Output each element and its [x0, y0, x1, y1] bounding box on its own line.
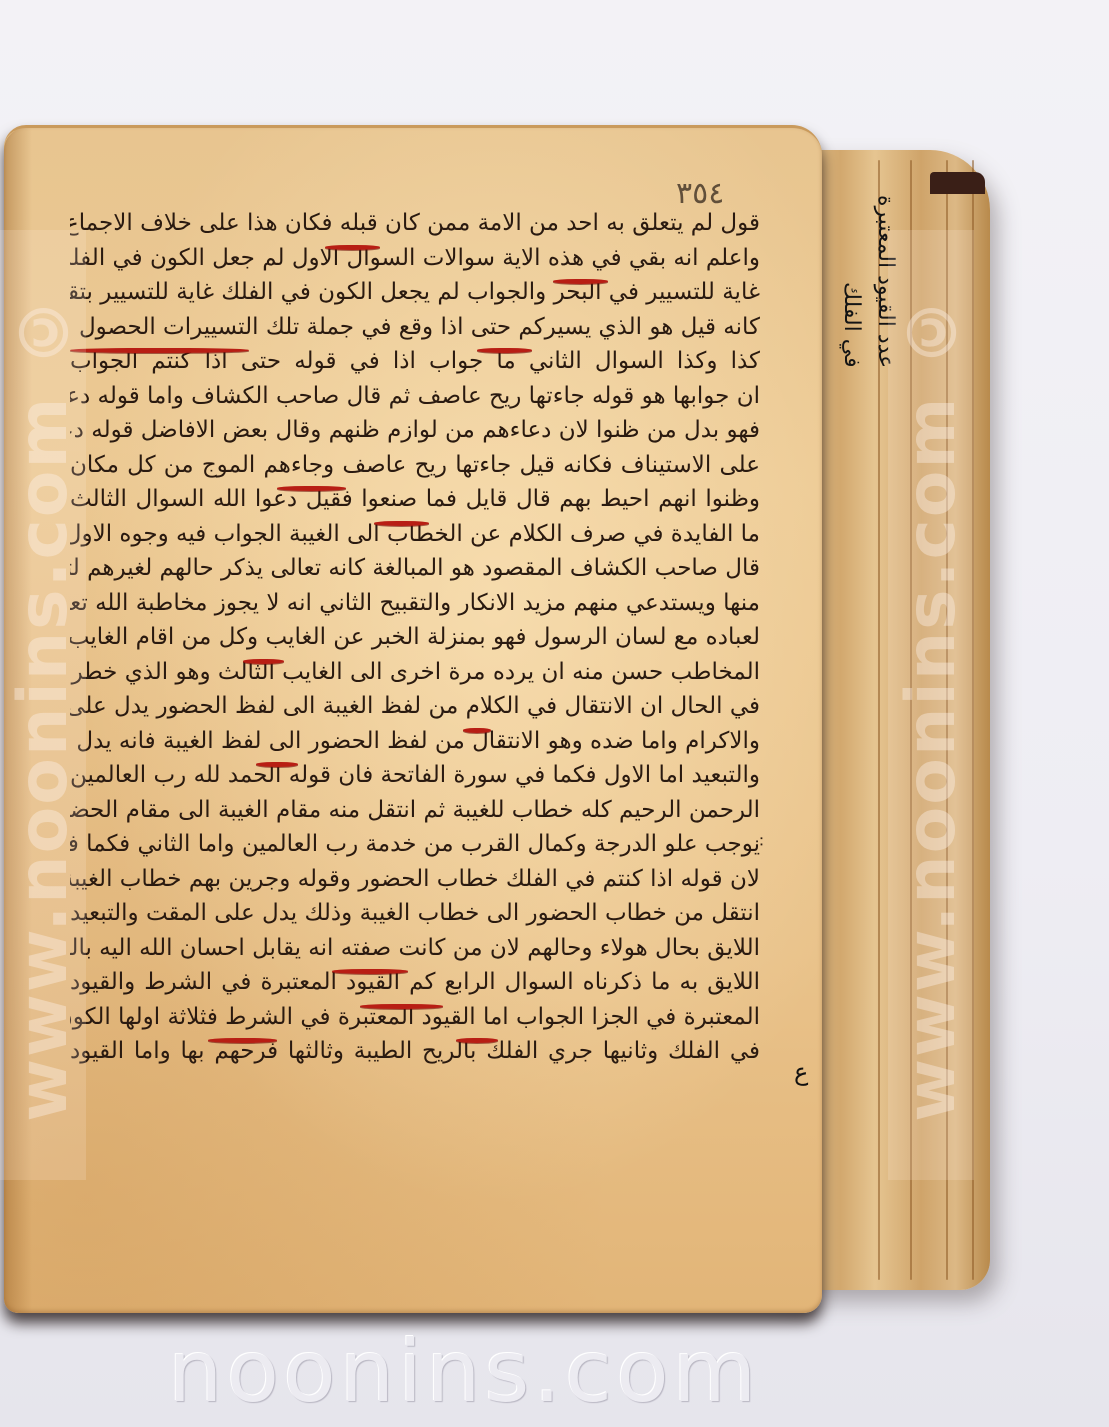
- watermark-side-left-text: www.noonins.com ©: [4, 289, 83, 1122]
- watermark-side-right: www.noonins.com ©: [888, 230, 974, 1180]
- manuscript-line: والتبعيد اما الاول فكما في سورة الفاتحة …: [70, 758, 760, 793]
- manuscript-line: اللايق بحال هولاء وحالهم لان من كانت صفت…: [70, 931, 760, 966]
- rubric-overline: [256, 762, 297, 767]
- rubric-overline: [243, 659, 284, 664]
- watermark-side-right-text: www.noonins.com ©: [892, 289, 971, 1122]
- rubric-overline: [360, 1004, 443, 1009]
- rubric-overline: [277, 486, 346, 491]
- rubric-overline: [477, 348, 532, 353]
- manuscript-line: كانه قيل هو الذي يسيركم حتى اذا وقع في ج…: [70, 310, 760, 345]
- manuscript-line: يوجب علو الدرجة وكمال القرب من خدمة رب ا…: [70, 827, 760, 862]
- manuscript-page: ٣٥٤ قول لم يتعلق به احد من الامة ممن كان…: [4, 125, 822, 1313]
- manuscript-line: في الفلك وثانيها جري الفلك بالريح الطيبة…: [70, 1034, 760, 1069]
- rubric-overline: [456, 1038, 497, 1043]
- manuscript-line: ان جوابها هو قوله جاءتها ريح عاصف ثم قال…: [70, 379, 760, 414]
- manuscript-line: قال صاحب الكشاف المقصود هو المبالغة كانه…: [70, 551, 760, 586]
- rubric-overline: [325, 245, 380, 250]
- manuscript-line: لعباده مع لسان الرسول فهو بمنزلة الخبر ع…: [70, 620, 760, 655]
- manuscript-line: منها ويستدعي منهم مزيد الانكار والتقبيح …: [70, 586, 760, 621]
- watermark-side-left: www.noonins.com ©: [0, 230, 86, 1180]
- margin-dots: ⁖: [754, 832, 765, 853]
- manuscript-line: المخاطب حسن منه ان يرده مرة اخرى الى الغ…: [70, 655, 760, 690]
- watermark-bottom: noonins.com: [168, 1322, 760, 1422]
- rubric-overline: [374, 521, 429, 526]
- manuscript-line: كذا وكذا السوال الثاني ما جواب اذا في قو…: [70, 344, 760, 379]
- manuscript-line: في الحال ان الانتقال في الكلام من لفظ ال…: [70, 689, 760, 724]
- rubric-overline: [463, 728, 491, 733]
- margin-note: عدد القيود المعتبرة في الفلك: [802, 168, 902, 368]
- catchword: ع: [794, 1058, 808, 1086]
- manuscript-line: قول لم يتعلق به احد من الامة ممن كان قبل…: [70, 206, 760, 241]
- manuscript-line: على الاستيناف فكانه قيل جاءتها ريح عاصف …: [70, 448, 760, 483]
- manuscript-line: واعلم انه بقي في هذه الاية سوالات السوال…: [70, 241, 760, 276]
- rubric-overline: [553, 279, 608, 284]
- manuscript-line: المعتبرة في الجزا الجواب اما القيود المع…: [70, 1000, 760, 1035]
- rubric-overline: [208, 1038, 277, 1043]
- book-cover-corner: [930, 172, 985, 194]
- rubric-overline: [70, 348, 249, 353]
- manuscript-line: الرحمن الرحيم كله خطاب للغيبة ثم انتقل م…: [70, 793, 760, 828]
- manuscript-line: انتقل من خطاب الحضور الى خطاب الغيبة وذل…: [70, 896, 760, 931]
- manuscript-text-block: قول لم يتعلق به احد من الامة ممن كان قبل…: [70, 206, 760, 1069]
- manuscript-line: فهو بدل من ظنوا لان دعاءهم من لوازم ظنهم…: [70, 413, 760, 448]
- manuscript-line: غاية للتسيير في البحر والجواب لم يجعل ال…: [70, 275, 760, 310]
- rubric-overline: [332, 969, 408, 974]
- manuscript-line: والاكرام واما ضده وهو الانتقال من لفظ ال…: [70, 724, 760, 759]
- manuscript-line: اللايق به ما ذكرناه السوال الرابع كم الق…: [70, 965, 760, 1000]
- manuscript-line: وظنوا انهم احيط بهم قال قايل فما صنعوا ف…: [70, 482, 760, 517]
- manuscript-line: ما الفايدة في صرف الكلام عن الخطاب الى ا…: [70, 517, 760, 552]
- manuscript-line: لان قوله اذا كنتم في الفلك خطاب الحضور و…: [70, 862, 760, 897]
